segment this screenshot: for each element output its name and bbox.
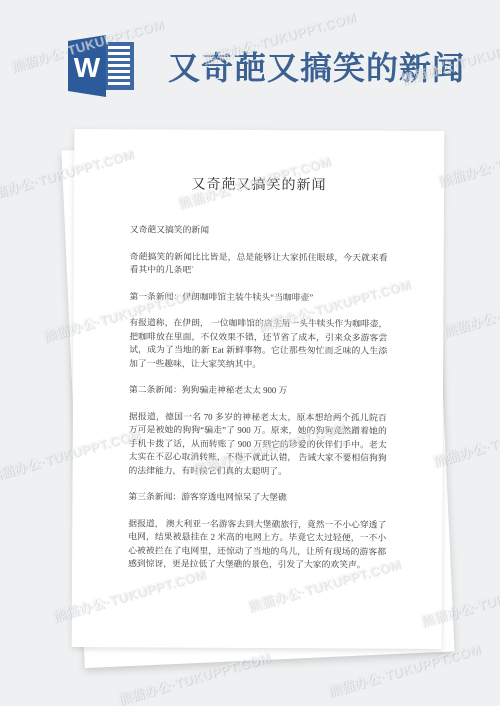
preview-canvas: W 又奇葩又搞笑的新闻 又奇葩又搞笑的新闻 又奇葩又搞笑的新闻 奇葩搞笑的新闻比… [0,0,500,706]
watermark-text: 熊猫办公·TUKUPPT.COM [440,279,500,341]
document-page: 又奇葩又搞笑的新闻 又奇葩又搞笑的新闻 奇葩搞笑的新闻比比皆是，总是能够让大家抓… [72,129,445,649]
word-icon: W [68,35,138,97]
document-paragraph: 奇葩搞笑的新闻比比皆是，总是能够让大家抓住眼球，今天就来看看其中的几条吧` [130,250,388,278]
header: W 又奇葩又搞笑的新闻 [68,34,465,98]
word-icon-letter: W [74,52,101,83]
page-title: 又奇葩又搞笑的新闻 [168,43,465,89]
document-heading-2: 第二条新闻：狗狗骗走神秘老太太 900 万 [129,383,387,398]
document-paragraph: 有报道称，在伊朗， 一位咖啡馆的店主用一头牛犊头作为咖啡壶，把咖啡放在里面，不仅… [129,316,387,371]
document-paragraph: 据报道， 澳大利亚一名游客去到大堡礁旅行，竟然一不小心穿透了电网，结果被悬挂在 … [128,517,386,572]
document-heading-1: 第一条新闻：伊朗咖啡馆主装牛犊头“当咖啡壶” [129,290,387,305]
document-paragraph: 据报道，德国一名 70 多岁的神秘老太太，原本想给两个孤儿院百万可是被她的狗狗“… [129,410,387,479]
document-title: 又奇葩又搞笑的新闻 [130,173,388,194]
watermark-text: 熊猫办公·TUKUPPT.COM [435,129,500,191]
document-paragraph: 又奇葩又搞笑的新闻 [130,223,388,238]
document-heading-3: 第三条新闻：游客穿透电网惊呆了大堡礁 [128,490,386,505]
